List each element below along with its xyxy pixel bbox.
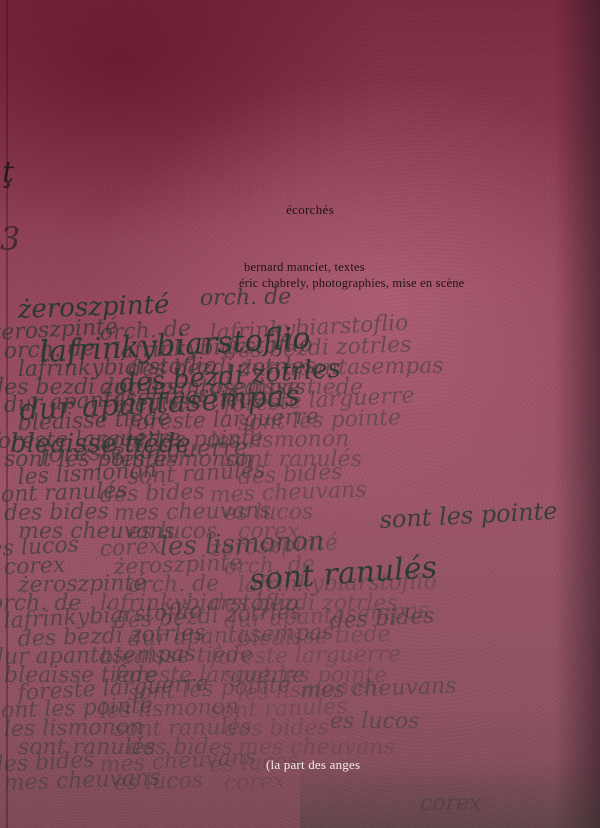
edge-shadow	[554, 0, 600, 828]
handwriting-mark: 3	[0, 220, 20, 258]
handwriting-texture: es lucos	[113, 768, 203, 796]
book-cover: ţ 3 żeroszpintéorch. delafrinkybiarstofl…	[0, 0, 600, 828]
handwriting-mark: ţ	[2, 155, 15, 190]
handwriting-overlay: ţ 3 żeroszpintéorch. delafrinkybiarstofl…	[0, 0, 600, 828]
publisher-mark: (la part des anges	[266, 757, 360, 773]
author-credit: bernard manciet, textes	[244, 260, 365, 275]
handwriting-line: sont les pointe	[379, 497, 558, 534]
photographer-credit: éric chabrely, photographies, mise en sc…	[239, 276, 464, 291]
book-title: écorchés	[0, 202, 600, 218]
